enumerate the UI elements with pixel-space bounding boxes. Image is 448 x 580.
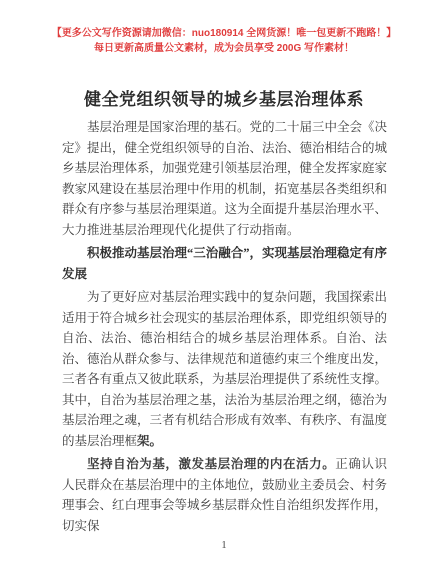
page-number: 1	[0, 540, 448, 551]
paragraph-three-governance: 为了更好应对基层治理实践中的复杂问题，我国探索出适用于符合城乡社会现实的基层治理…	[62, 287, 387, 451]
paragraph-self-governance: 坚持自治为基，激发基层治理的内在活力。正确认识人民群众在基层治理中的主体地位，鼓…	[62, 454, 387, 536]
document-body: 基层治理是国家治理的基石。党的二十届三中全会《决定》提出，健全党组织领导的自治、…	[0, 111, 448, 536]
ad-line-1: 【更多公文写作资源请加微信：nuo180914 全网货源！唯一包更新不跑路！】	[0, 26, 448, 41]
document-title: 健全党组织领导的城乡基层治理体系	[0, 89, 448, 111]
paragraph-intro-text: 基层治理是国家治理的基石。党的二十届三中全会《决定》提出，健全党组织领导的自治、…	[62, 120, 387, 237]
section-heading-text: 积极推动基层治理“三治融合”，实现基层治理稳定有序发展	[62, 246, 387, 281]
section-heading: 积极推动基层治理“三治融合”，实现基层治理稳定有序发展	[62, 243, 387, 284]
document-page: 【更多公文写作资源请加微信：nuo180914 全网货源！唯一包更新不跑路！】 …	[0, 0, 448, 580]
ad-banner: 【更多公文写作资源请加微信：nuo180914 全网货源！唯一包更新不跑路！】 …	[0, 0, 448, 56]
paragraph-self-governance-lead: 坚持自治为基，激发基层治理的内在活力。	[87, 457, 335, 471]
ad-line-2: 每日更新高质量公文素材，成为会员享受 200G 写作素材！	[0, 41, 448, 56]
paragraph-three-governance-text: 为了更好应对基层治理实践中的复杂问题，我国探索出适用于符合城乡社会现实的基层治理…	[62, 290, 387, 448]
paragraph-intro: 基层治理是国家治理的基石。党的二十届三中全会《决定》提出，健全党组织领导的自治、…	[62, 117, 387, 240]
paragraph-three-governance-bold-tail: 架。	[137, 434, 162, 448]
